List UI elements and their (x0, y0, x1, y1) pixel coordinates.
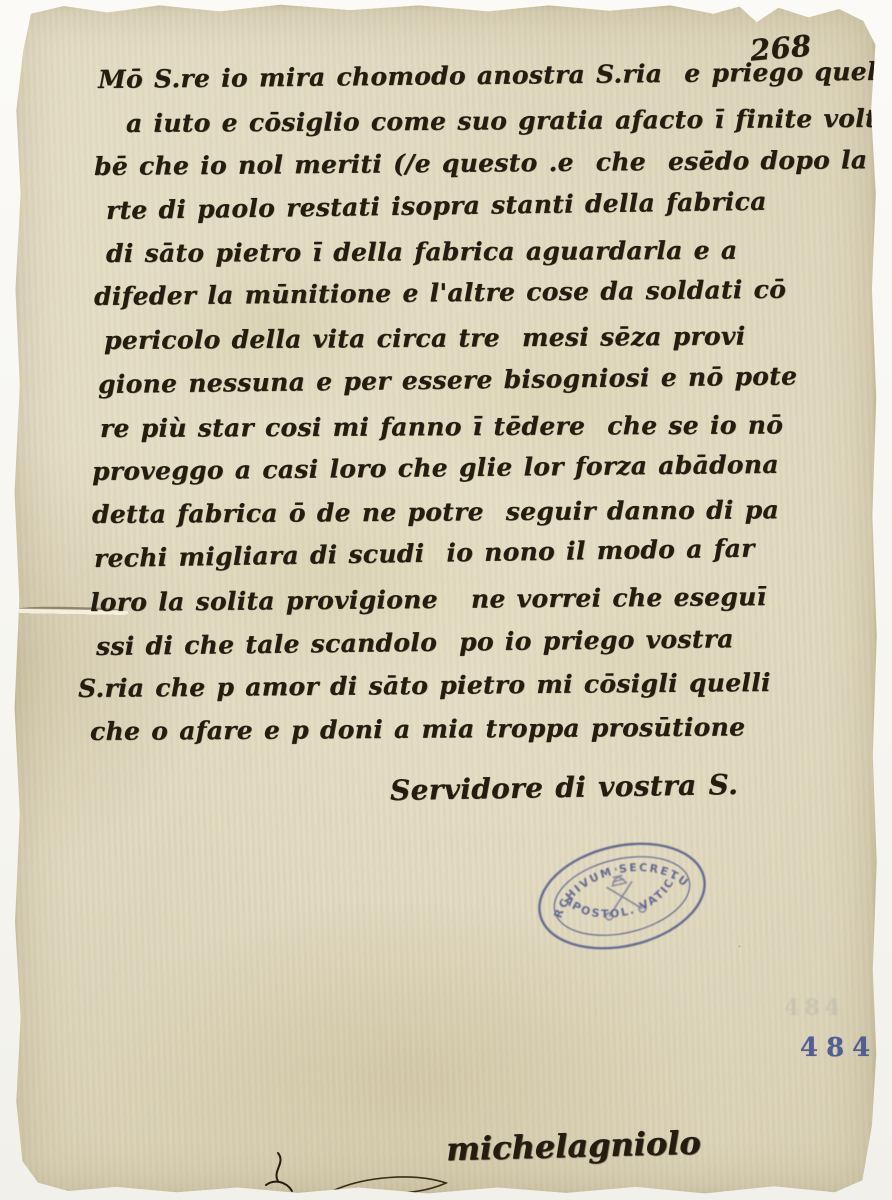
manuscript-line: gione nessuna e per essere bisogniosi e … (98, 361, 798, 400)
manuscript-line: che o afare e p doni a mia troppa prosūt… (90, 712, 745, 747)
manuscript-line: ssi di che tale scandolo po io priego vo… (96, 624, 734, 662)
stamp-arc-bottom-label: APOSTOL. VATIC. (560, 869, 686, 932)
manuscript-page: 268 Mō S.re io mira chomodo anostra S.ri… (12, 3, 878, 1197)
archive-number-stamp: 484 (800, 1033, 878, 1063)
archive-number-ghost: 484 (784, 995, 845, 1021)
ink-mark (324, 1169, 469, 1200)
manuscript-line: Mō S.re io mira chomodo anostra S.ria e … (98, 55, 892, 95)
manuscript-line: detta fabrica ō de ne potre seguir danno… (92, 495, 779, 530)
manuscript-line: a iuto e cōsiglio come suo gratia afacto… (126, 104, 892, 139)
manuscript-line: proveggo a casi loro che glie lor forza … (92, 450, 779, 487)
stamp-arc-bottom-text: APOSTOL. VATIC. (560, 869, 686, 932)
manuscript-line: pericolo della vita circa tre mesi sēza … (104, 322, 746, 356)
manuscript-line: loro la solita provigione ne vorrei che … (90, 582, 767, 618)
closing-line: Servidore di vostra S. (390, 768, 739, 808)
manuscript-line: di sāto pietro ī della fabrica aguardarl… (106, 236, 738, 269)
manuscript-line: rte di paolo restati isopra stanti della… (106, 187, 767, 226)
ink-mark (256, 1149, 306, 1199)
manuscript-line: bē che io nol meriti (/e questo .e che e… (94, 145, 892, 182)
archive-stamp: ARCHIVUM SECRETUM APOSTOL. VATIC. (515, 813, 728, 979)
photo-background: 268 Mō S.re io mira chomodo anostra S.ri… (0, 0, 892, 1200)
manuscript-line: rechi migliara di scudi io nono il modo … (94, 534, 755, 574)
manuscript-line: difeder la mūnitione e l'altre cose da s… (94, 275, 786, 312)
manuscript-line: S.ria che p amor di sāto pietro mi cōsig… (78, 668, 771, 704)
manuscript-line: re più star cosi mi fanno ī tēdere che s… (100, 410, 783, 444)
signature: michelagniolo (446, 1124, 702, 1169)
